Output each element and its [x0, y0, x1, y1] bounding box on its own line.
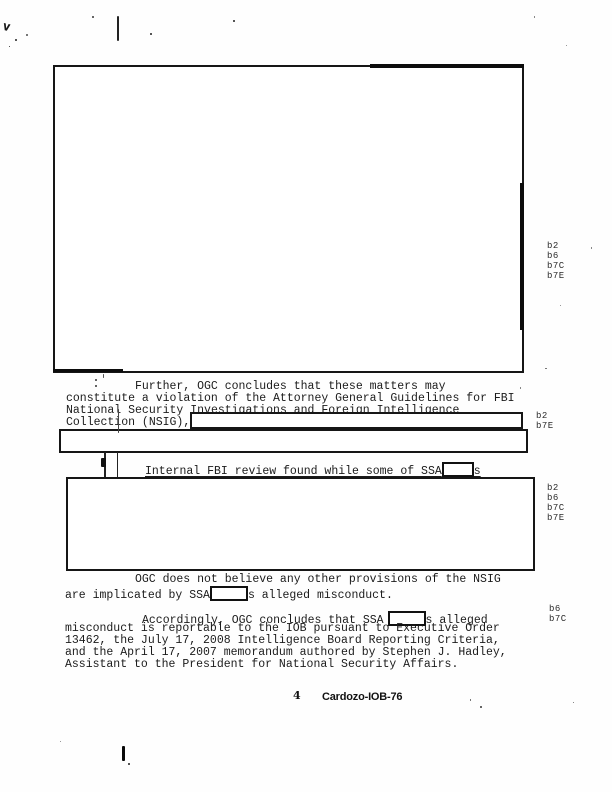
paragraph-accordingly-line5: Assistant to the President for National …	[65, 659, 458, 671]
exemption-codes-nsig: b2 b7E	[536, 411, 554, 431]
exemption-code: b7E	[536, 421, 554, 431]
exemption-code: b7C	[547, 503, 565, 513]
exemption-codes-top-box: b2 b6 b7C b7E	[547, 241, 565, 281]
exemption-code: b2	[536, 411, 554, 421]
exemption-code: b6	[547, 251, 565, 261]
scan-artifact-dash	[122, 746, 125, 761]
exemption-code: b6	[549, 604, 567, 614]
redaction-box-ssa-name-1	[442, 462, 474, 477]
scan-speck	[95, 385, 97, 387]
scan-speck	[9, 46, 10, 47]
scan-speck	[480, 706, 482, 708]
exemption-codes-review: b2 b6 b7C b7E	[547, 483, 565, 523]
scan-speck	[128, 763, 130, 765]
scan-speck	[470, 699, 471, 701]
scan-artifact-fold-line	[118, 409, 119, 433]
scan-speck	[15, 39, 17, 41]
page-number: 4	[293, 689, 301, 702]
exemption-code: b7E	[547, 271, 565, 281]
paragraph-ogc-line2: are implicated by SSAs alleged misconduc…	[65, 586, 393, 602]
redaction-box-ssa-name-2	[210, 586, 248, 601]
exemption-code: b7C	[549, 614, 567, 624]
redaction-box-large	[53, 65, 524, 373]
scan-speck	[566, 45, 567, 46]
document-page: v b2 b6 b7C b7E Further, OGC concludes t…	[0, 0, 612, 792]
scan-speck	[520, 387, 521, 389]
exemption-code: b2	[547, 483, 565, 493]
scan-speck	[591, 247, 592, 249]
scan-speck	[534, 16, 535, 18]
exemption-code: b7E	[547, 513, 565, 523]
scan-speck	[60, 741, 61, 742]
scan-border-darkening	[370, 64, 524, 68]
scan-speck	[26, 34, 28, 36]
scan-speck	[573, 702, 574, 703]
scan-speck	[95, 379, 97, 381]
ogc-line2-after-text: s alleged misconduct.	[248, 589, 393, 602]
scan-artifact-dash	[117, 16, 119, 41]
redaction-box-nsig-inline	[190, 412, 523, 429]
scan-border-darkening	[53, 369, 123, 372]
scan-artifact-tick	[103, 374, 104, 378]
paragraph-further-line4: Collection (NSIG),	[66, 417, 190, 429]
document-label: Cardozo-IOB-76	[322, 691, 402, 703]
scan-speck	[92, 16, 94, 18]
scan-artifact-checkmark: v	[2, 18, 12, 34]
scan-speck	[150, 33, 152, 35]
scan-artifact-blotch	[101, 458, 106, 467]
exemption-codes-conclusion: b6 b7C	[549, 604, 567, 624]
ogc-line2-before-text: are implicated by SSA	[65, 589, 210, 602]
exemption-code: b7C	[547, 261, 565, 271]
exemption-code: b2	[547, 241, 565, 251]
scan-speck	[560, 305, 561, 306]
paragraph-internal: Internal FBI review found while some of …	[145, 462, 481, 478]
exemption-code: b6	[547, 493, 565, 503]
paragraph-ogc-line1: OGC does not believe any other provision…	[135, 574, 501, 586]
scan-speck	[233, 20, 235, 22]
redaction-box-review	[66, 477, 535, 571]
redaction-box-nsig-wide	[59, 429, 528, 453]
scan-border-darkening	[520, 183, 524, 330]
scan-speck	[545, 368, 547, 369]
